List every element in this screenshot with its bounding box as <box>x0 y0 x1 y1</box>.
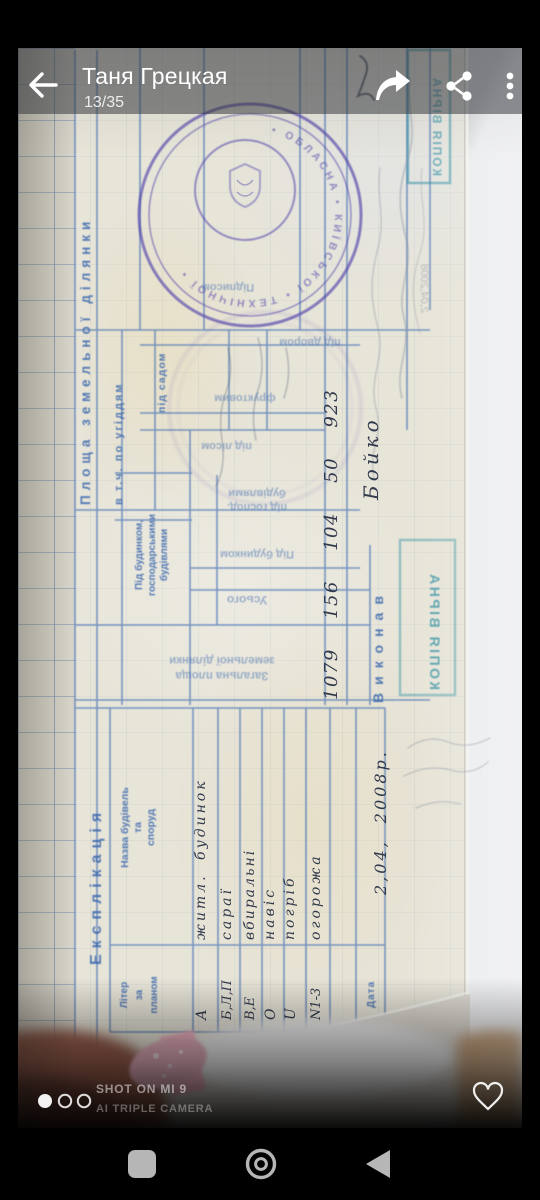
row-liter-5: U <box>283 950 299 1020</box>
showthrough-usyoho: Усього <box>202 593 292 607</box>
showthrough-zagalna-line1: Загальна площа <box>137 667 307 682</box>
label-under-garden: під садом <box>156 337 168 413</box>
photo-counter: 13/35 <box>84 94 124 112</box>
copy-stamp-middle-text: КОПІЯ ВІРНА <box>427 572 443 690</box>
recents-square-icon <box>122 1140 162 1188</box>
label-under-house-line2: господарськими <box>147 485 160 625</box>
page-indicator-dots <box>30 1090 100 1112</box>
dot-inactive-2 <box>78 1095 90 1107</box>
label-under-house-group: Під будинком, господарськими будівлями <box>134 485 172 625</box>
label-land-area: Площа земельної ділянки <box>78 165 93 505</box>
row-liter-6: N1-3 <box>309 950 324 1020</box>
label-by-land-types: в т.ч. по угіддям <box>113 330 125 505</box>
label-date-column: Дата <box>366 963 377 1008</box>
home-button[interactable] <box>241 1140 281 1188</box>
recents-button[interactable] <box>122 1140 162 1188</box>
row-liter-3: В,Е <box>243 950 258 1020</box>
showthrough-dvir: під двором <box>255 336 365 348</box>
showthrough-pidpys: Підписом <box>168 281 288 293</box>
showthrough-zagalna: Загальна площа земельної ділянки <box>137 652 307 682</box>
row-name-3: вбиральні <box>242 715 258 940</box>
row-name-1: житл. будинок <box>193 715 209 940</box>
label-letter-column: Літер за планом <box>117 963 162 1027</box>
back-arrow-icon <box>22 68 62 102</box>
row-name-5: погріб <box>282 715 298 940</box>
showthrough-hospod-line1: під господ. <box>197 500 317 514</box>
row-liter-1: А <box>194 950 210 1020</box>
label-letter-line1: Літер <box>117 963 132 1027</box>
row-liter-4: О <box>263 950 279 1020</box>
camera-watermark-line2: AI TRIPLE CAMERA <box>96 1103 213 1115</box>
back-button[interactable] <box>22 68 62 102</box>
back-nav-button[interactable] <box>358 1140 398 1188</box>
showthrough-hospod: під господ. будівлями <box>197 486 317 514</box>
dot-inactive-1 <box>59 1095 71 1107</box>
label-under-house-line3: будівлями <box>159 485 172 625</box>
phone-screen: • ОБЛАСНА • КИЇВСЬКОЇ • ТЕХНІЧНОЇ • КОПІ… <box>0 0 540 1200</box>
forward-arrow-icon <box>372 68 412 104</box>
handwritten-date: 2,04, 2008р. <box>371 710 390 895</box>
forward-button[interactable] <box>372 68 412 104</box>
label-letter-line3: планом <box>147 963 162 1027</box>
showthrough-budynok: Під будинком <box>192 548 322 560</box>
label-building-name-column: Назва будівель та споруд <box>119 715 158 940</box>
showthrough-hospod-line2: будівлями <box>197 486 317 500</box>
share-button[interactable] <box>442 68 478 104</box>
dot-active <box>38 1094 52 1108</box>
camera-watermark-line1: SHOT ON MI 9 <box>96 1082 187 1096</box>
photo-canvas[interactable]: • ОБЛАСНА • КИЇВСЬКОЇ • ТЕХНІЧНОЇ • КОПІ… <box>18 48 522 1128</box>
label-building-name-line3: споруд <box>145 715 158 940</box>
label-explication-title: Експлікація <box>88 735 106 965</box>
row-name-6: огорожа <box>308 715 324 940</box>
showthrough-lis: під лісом <box>179 440 274 452</box>
handwritten-signature: Бойко <box>359 385 383 500</box>
showthrough-date: 2,04,2008 <box>418 228 430 313</box>
row-liter-2: Б,Л,П <box>220 950 235 1020</box>
label-building-name-line2: та <box>132 715 145 940</box>
showthrough-frukt: фруктовим <box>190 392 300 404</box>
label-under-house-line1: Під будинком, <box>134 485 147 625</box>
row-name-2: сараї <box>219 715 235 940</box>
android-navigation-bar <box>0 1128 540 1200</box>
photo-viewer-toolbar: Таня Грецкая 13/35 <box>18 48 522 114</box>
label-building-name-line1: Назва будівель <box>119 715 132 940</box>
handwritten-area-values: 1079 156 104 50 923 <box>321 395 342 700</box>
back-triangle-icon <box>358 1140 398 1188</box>
label-executor: Виконав <box>370 545 386 703</box>
row-name-4: навіс <box>262 715 278 940</box>
home-circle-icon <box>241 1140 281 1188</box>
favorite-button[interactable] <box>470 1080 506 1114</box>
showthrough-zagalna-line2: земельної ділянки <box>137 652 307 667</box>
more-options-button[interactable] <box>498 68 522 104</box>
contact-title: Таня Грецкая <box>82 63 228 90</box>
label-letter-line2: за <box>132 963 147 1027</box>
share-icon <box>442 68 478 104</box>
more-vertical-icon <box>498 68 522 104</box>
status-bar <box>0 0 540 48</box>
copy-stamp-middle: КОПІЯ ВІРНА <box>400 540 455 695</box>
heart-icon <box>470 1080 506 1114</box>
